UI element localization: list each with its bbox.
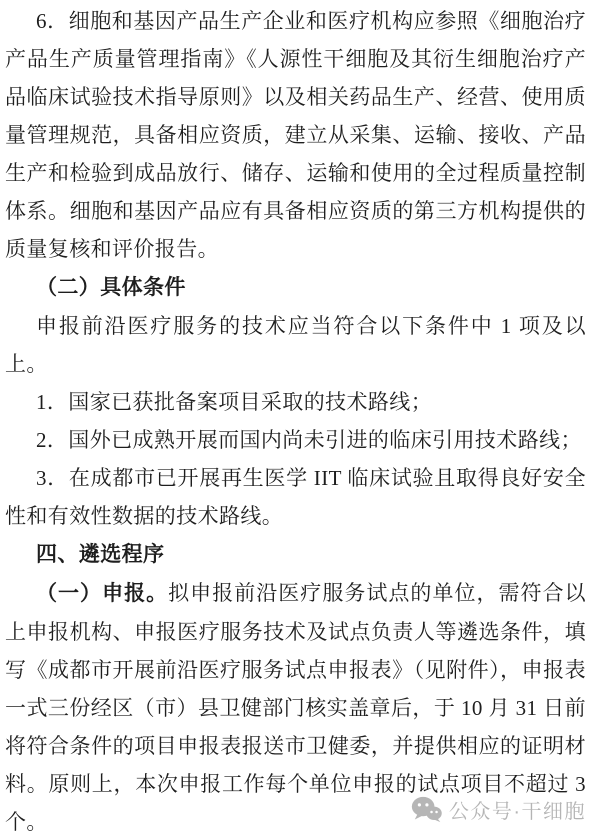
heading-paragraph: 四、遴选程序 [5,535,586,574]
wechat-icon [411,796,442,823]
text-run: 2．国外已成熟开展而国内尚未引进的临床引用技术路线； [36,428,582,452]
paragraph: 6．细胞和基因产品生产企业和医疗机构应参照《细胞治疗产品生产质量管理指南》《人源… [5,2,586,268]
text-run: 申报前沿医疗服务的技术应当符合以下条件中 1 项及以上。 [5,314,586,376]
watermark: 公众号·干细胞 [411,795,586,824]
text-run: 6．细胞和基因产品生产企业和医疗机构应参照《细胞治疗产品生产质量管理指南》《人源… [5,9,586,261]
heading-paragraph: （二）具体条件 [5,268,586,307]
paragraph: 申报前沿医疗服务的技术应当符合以下条件中 1 项及以上。 [5,307,586,383]
watermark-text: 公众号·干细胞 [449,795,586,824]
bold-text-run: （一）申报。 [36,582,168,605]
bold-text-run: （二）具体条件 [36,276,186,299]
document-body: 6．细胞和基因产品生产企业和医疗机构应参照《细胞治疗产品生产质量管理指南》《人源… [0,0,593,839]
paragraph: 1．国家已获批备案项目采取的技术路线； [5,383,586,421]
paragraph: 3．在成都市已开展再生医学 IIT 临床试验且取得良好安全性和有效性数据的技术路… [5,459,586,535]
text-run: 3．在成都市已开展再生医学 IIT 临床试验且取得良好安全性和有效性数据的技术路… [5,466,586,528]
paragraph: 2．国外已成熟开展而国内尚未引进的临床引用技术路线； [5,421,586,459]
document-page: 6．细胞和基因产品生产企业和医疗机构应参照《细胞治疗产品生产质量管理指南》《人源… [0,0,593,839]
text-run: 1．国家已获批备案项目采取的技术路线； [36,390,432,414]
bold-text-run: 四、遴选程序 [36,543,164,566]
